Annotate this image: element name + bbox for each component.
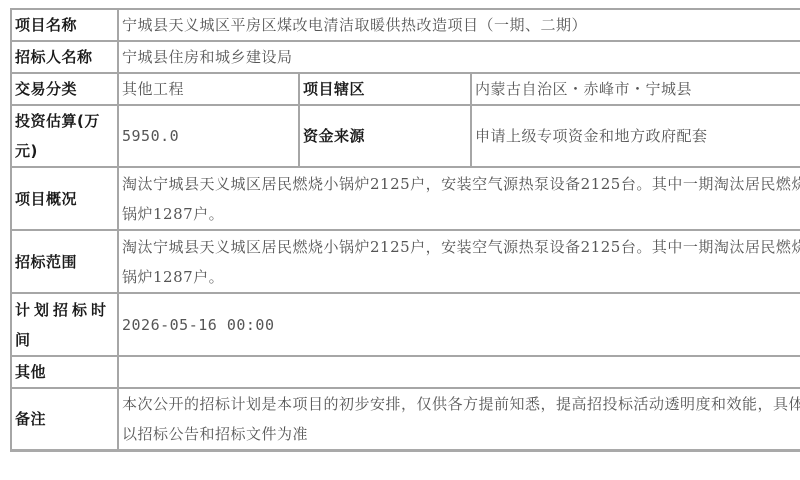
other-label: 其他 [11,356,118,388]
row-planned-tender-time: 计划招标时间 2026-05-16 00:00 [11,293,800,356]
row-tenderer: 招标人名称 宁城县住房和城乡建设局 [11,41,800,73]
tenderer-value: 宁城县住房和城乡建设局 [118,41,800,73]
tenderer-label: 招标人名称 [11,41,118,73]
row-investment: 投资估算(万元) 5950.0 资金来源 申请上级专项资金和地方政府配套 [11,105,800,167]
project-region-label: 项目辖区 [299,73,471,105]
row-remarks: 备注 本次公开的招标计划是本项目的初步安排，仅供各方提前知悉，提高招投标活动透明… [11,388,800,451]
tender-plan-container: 项目名称 宁城县天义城区平房区煤改电清洁取暖供热改造项目（一期、二期） 招标人名… [10,8,800,452]
transaction-type-label: 交易分类 [11,73,118,105]
transaction-type-value: 其他工程 [118,73,299,105]
other-value [118,356,800,388]
investment-estimate-label: 投资估算(万元) [11,105,118,167]
row-project-overview: 项目概况 淘汰宁城县天义城区居民燃烧小锅炉2125户，安装空气源热泵设备2125… [11,167,800,230]
project-name-value: 宁城县天义城区平房区煤改电清洁取暖供热改造项目（一期、二期） [118,9,800,41]
project-region-value: 内蒙古自治区・赤峰市・宁城县 [471,73,800,105]
row-other: 其他 [11,356,800,388]
row-transaction-type: 交易分类 其他工程 项目辖区 内蒙古自治区・赤峰市・宁城县 [11,73,800,105]
project-name-label: 项目名称 [11,9,118,41]
planned-tender-time-label: 计划招标时间 [11,293,118,356]
funding-source-label: 资金来源 [299,105,471,167]
row-project-name: 项目名称 宁城县天义城区平房区煤改电清洁取暖供热改造项目（一期、二期） [11,9,800,41]
planned-tender-time-value: 2026-05-16 00:00 [118,293,800,356]
investment-estimate-value: 5950.0 [118,105,299,167]
funding-source-value: 申请上级专项资金和地方政府配套 [471,105,800,167]
tender-scope-value: 淘汰宁城县天义城区居民燃烧小锅炉2125户，安装空气源热泵设备2125台。其中一… [118,230,800,293]
row-tender-scope: 招标范围 淘汰宁城县天义城区居民燃烧小锅炉2125户，安装空气源热泵设备2125… [11,230,800,293]
project-overview-value: 淘汰宁城县天义城区居民燃烧小锅炉2125户，安装空气源热泵设备2125台。其中一… [118,167,800,230]
project-overview-label: 项目概况 [11,167,118,230]
tender-plan-table: 项目名称 宁城县天义城区平房区煤改电清洁取暖供热改造项目（一期、二期） 招标人名… [10,8,800,452]
tender-scope-label: 招标范围 [11,230,118,293]
remarks-value: 本次公开的招标计划是本项目的初步安排，仅供各方提前知悉，提高招投标活动透明度和效… [118,388,800,451]
remarks-label: 备注 [11,388,118,451]
